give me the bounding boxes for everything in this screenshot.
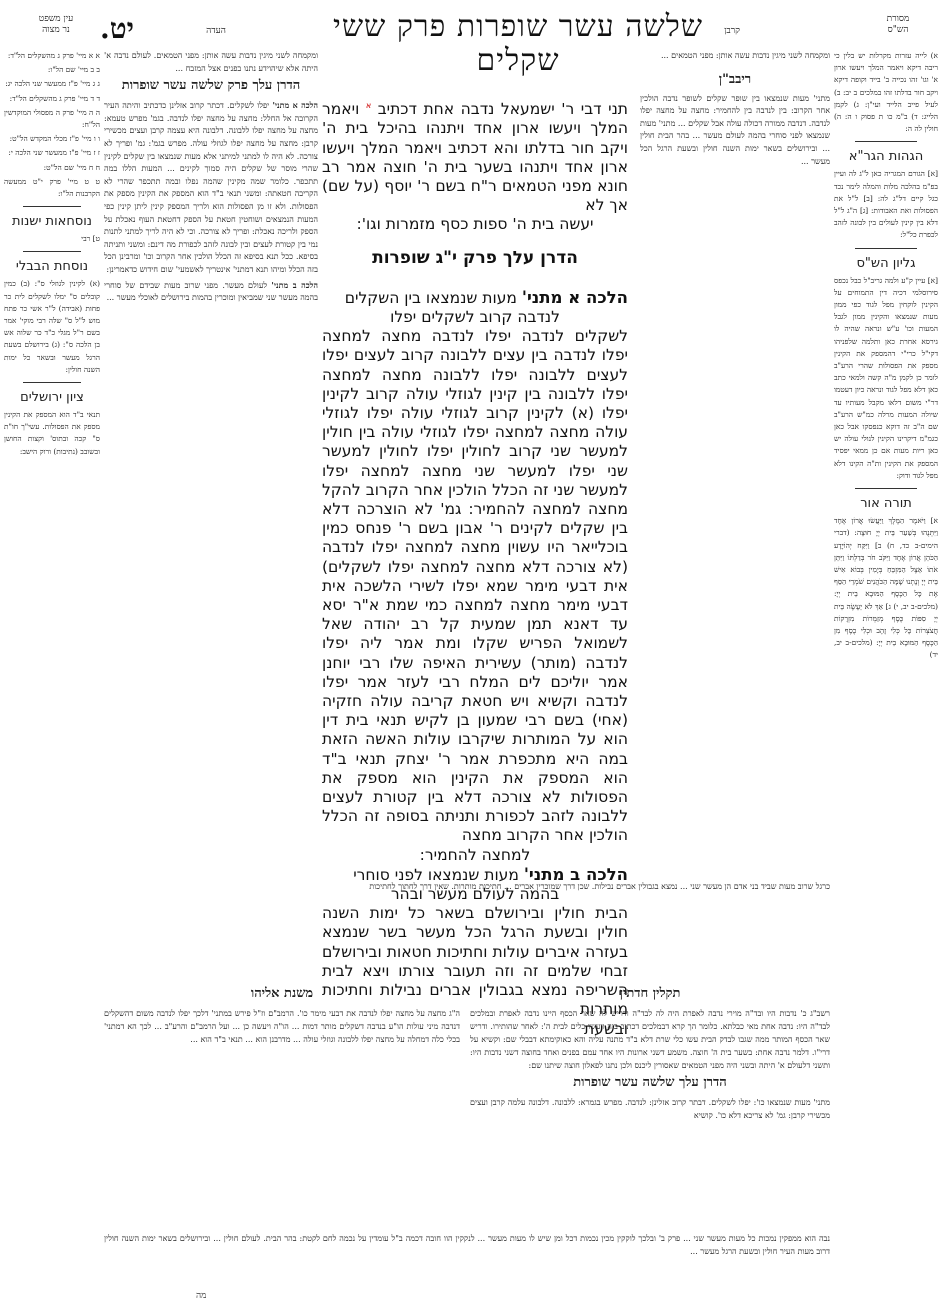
rivevan-title: ריבב"ן — [640, 71, 830, 89]
rivevan-body: מתני' מעות שנמצאו בין שופר שקלים לשופר נ… — [640, 93, 830, 169]
korban-body-text: יפלו לשקלים. דכתר קרוב אזלינן כדכתיב והי… — [104, 101, 318, 274]
tziyun-text: תנאי ב"ד הוא המספק את הקינין מספק את הפס… — [4, 409, 100, 458]
bottom-lines: נבה הוא ממפקין נמכות כל מעות מעשר שני ..… — [104, 1232, 830, 1284]
korban-haeda-commentary: ומקמחה לשני מיגין נדבות עשה אותן: מפני ה… — [104, 50, 318, 960]
korban-halacha-a-label: הלכה א מתני' — [272, 100, 318, 110]
gilyon-text: [א] עיין ק"ע ולמה גריב"ל כבל נכפס סירוסל… — [834, 275, 938, 482]
divider — [855, 248, 917, 249]
halacha-a-end: למחצה להחמיר: — [322, 846, 628, 865]
daf-number: יט. — [100, 12, 134, 46]
tiklin-mishna: מתני' מעות שנמצאו כו': יפלו לשקלים. דבתר… — [470, 1096, 830, 1122]
korban-hadran: הדרן עלך פרק שלשה עשר שופרות — [104, 77, 318, 95]
masoret-notes: א) לייה עזרות מקרלות יש בלין כי ריבה דיק… — [834, 50, 938, 135]
nuschaot-title: נוסחאות ישנות — [4, 213, 100, 231]
ein-mishpat-item: ז ז מיי' פ"ז ממעשר שני הלכה י: — [4, 147, 100, 159]
page-header: מסורת הש"ס קרבן שלשה עשר שופרות פרק ששי … — [0, 0, 941, 46]
korban-halacha-b: הלכה ב מתני' לעולם מעשר. מפני שרוב מעות … — [104, 279, 318, 305]
ein-mishpat-line2: נר מצוה — [26, 25, 86, 36]
divider — [23, 251, 81, 252]
tiklin-title: תקלין חדתין — [470, 985, 830, 1003]
page-number: מה — [196, 1290, 207, 1301]
ein-mishpat-item: ד ד מיי' פרק ג מהשקלים הל"ד: — [4, 93, 100, 105]
ein-mishpat-item: ג ג מיי' פ"ז ממעשר שני הלכה יג: — [4, 78, 100, 90]
right-margin-column: א) לייה עזרות מקרלות יש בלין כי ריבה דיק… — [834, 50, 938, 970]
rivevan-commentary: ומקמחה לשני מיגין נדבות עשה אותן: מפני ה… — [640, 50, 830, 960]
bavli-title: נוסחת הבבלי — [4, 258, 100, 276]
hagahot-text: [א] הגורם המגריה כאן ל"ג לה ועיין בפ"מ ב… — [834, 168, 938, 241]
eliyahu-text: ה"ג מחצה על מחצה יפלו לנדבה את דבעי מימר… — [104, 1007, 460, 1046]
main-closing-line: יעשה בית ה' ספות כסף מזמרות וגו': — [322, 215, 628, 234]
footnote-marker: א — [366, 101, 371, 110]
ein-mishpat-line1: עין משפט — [26, 14, 86, 25]
ein-mishpat-item: ב ב מיי' שם הל"ו: — [4, 64, 100, 76]
gilyon-title: גליון הש"ס — [834, 255, 938, 273]
divider — [23, 206, 81, 207]
divider — [855, 141, 917, 142]
tiklin-chadatin: תקלין חדתין רשב"ג כ' נדבות היו ובד"ה מוי… — [470, 985, 830, 1235]
opening-text: תני דבי ר' ישמעאל נדבה אחת דכתיב — [378, 100, 628, 118]
korban-halacha-b-label: הלכה ב מתני' — [271, 280, 318, 290]
korban-body: הלכה א מתני' יפלו לשקלים. דכתר קרוב אזלי… — [104, 99, 318, 276]
masoret-hashas-label: מסורת הש"ס — [868, 14, 928, 36]
halacha-a-label: הלכה א מתני' — [522, 288, 628, 307]
torah-or-title: תורה אור — [834, 495, 938, 513]
tiklin-text: רשב"ג כ' נדבות היו ובד"ה מוירי נדבה לאפר… — [470, 1007, 830, 1072]
ein-mishpat-item: א א מיי' פרק ג מהשקלים הל"ד: — [4, 50, 100, 62]
ein-mishpat-item: ט ט מיי' פרק י"ט ממעשה הקרבנות הל"ו: — [4, 176, 100, 200]
ein-mishpat-item: ה ה מיי' פרק ה מפסולי המוקדשין הל"ח: — [4, 107, 100, 131]
tziyun-title: ציון ירושלים — [4, 389, 100, 407]
divider — [855, 488, 917, 489]
ein-mishpat-item: ו ו מיי' פ"ז מכלי המקדש הל"ט: — [4, 133, 100, 145]
lower-commentary: כרגל שרוב מעות שביד בני אדם הן מעשר שני … — [104, 880, 830, 980]
korban-intro: ומקמחה לשני מיגין נדבות עשה אותן: מפני ה… — [104, 50, 318, 75]
nuschaot-text: ט] רבי — [4, 233, 100, 245]
rivevan-intro: ומקמחה לשני מיגין נדבות עשה אותן: מפני ה… — [640, 50, 830, 63]
main-opening: תני דבי ר' ישמעאל נדבה אחת דכתיב א ויאמר… — [322, 96, 628, 215]
halacha-a: הלכה א מתני' מעות שנמצאו בין השקלים — [322, 288, 628, 308]
mishnat-eliyahu: משנת אליהו ה"ג מחצה על מחצה יפלו לנדבה א… — [104, 985, 460, 1235]
ein-mishpat-label: עין משפט נר מצוה — [26, 14, 86, 36]
hagahot-title: הגהות הגר"א — [834, 148, 938, 166]
torah-or-text: א] וַיֹּאמֶר הַמֶּלֶךְ וַיַּעֲשׂוּ אֲרוֹ… — [834, 515, 938, 661]
bavli-text: (א) לקינין לגוזלי ס": (ב) כמין קובלים ס"… — [4, 278, 100, 376]
halacha-a-line2: לנדבה קרוב לשקלים יפלו — [322, 308, 628, 327]
tiklin-hadran: הדרן עלך שלשה עשר שופרות — [470, 1074, 830, 1092]
ein-mishpat-item: ח ח מיי' שם הל"ט: — [4, 162, 100, 174]
haeda-label: העדה — [196, 26, 236, 37]
divider — [23, 382, 81, 383]
masoret-label-line2: הש"ס — [868, 25, 928, 36]
masoret-label-line1: מסורת — [868, 14, 928, 25]
main-hadran: הדרן עלך פרק י"ג שופרות — [322, 249, 628, 268]
eliyahu-title: משנת אליהו — [104, 985, 460, 1003]
halacha-a-intro: מעות שנמצאו בין השקלים — [345, 289, 517, 307]
left-margin-column: א א מיי' פרק ג מהשקלים הל"ד: ב ב מיי' שם… — [4, 50, 100, 610]
halacha-a-body: לשקלים לנדבה יפלו לנדבה מחצה למחצה יפלו … — [322, 327, 628, 845]
